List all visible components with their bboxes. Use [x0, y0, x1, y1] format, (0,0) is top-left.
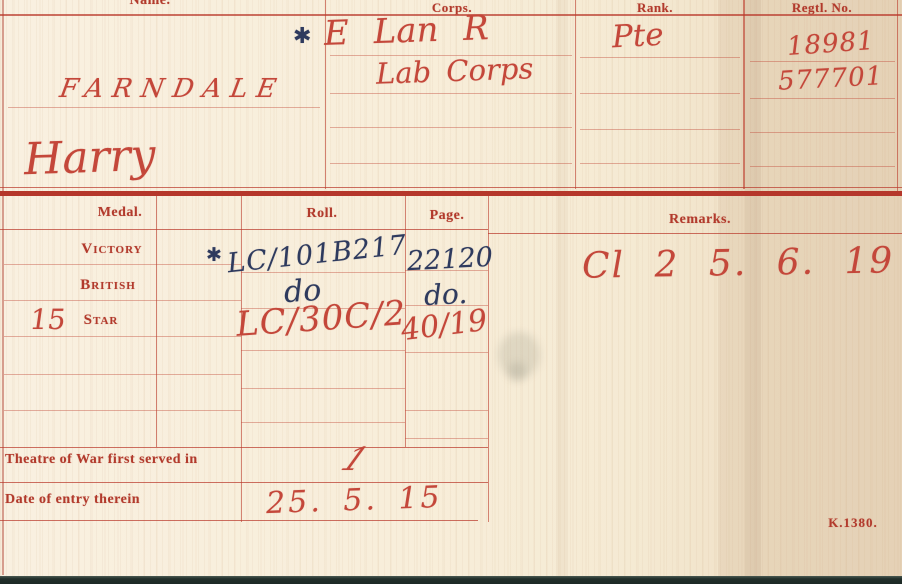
column-divider [743, 0, 745, 189]
paper-stain [508, 362, 526, 382]
rule-line [750, 98, 895, 99]
rule-line [750, 166, 895, 167]
victory-roll-mark: ✱ [206, 246, 222, 265]
name-column-header: Name. [90, 0, 210, 9]
rule-line [4, 374, 241, 375]
column-divider [575, 0, 576, 189]
date-of-entry-label: Date of entry therein [5, 492, 225, 508]
star-page-value: 40/19 [399, 306, 488, 346]
forename-value: Harry [23, 134, 156, 183]
section-divider-thick [0, 191, 902, 196]
rule-line [405, 410, 488, 411]
page-column-header: Page. [407, 208, 487, 224]
form-reference: K.1380. [818, 515, 888, 531]
rule-line [4, 336, 241, 337]
surname-value: FARNDALE [58, 76, 287, 102]
rule-line [330, 127, 572, 128]
rule-line [330, 93, 572, 94]
rule-line [241, 388, 405, 389]
paper-stain [498, 332, 540, 378]
rule-line [405, 352, 488, 353]
rule-line [0, 447, 488, 448]
rule-line [0, 229, 488, 230]
corps-value-line2: Lab Corps [376, 54, 534, 88]
remarks-column-header: Remarks. [600, 212, 800, 228]
date-of-entry-value: 25. 5. 15 [266, 483, 444, 519]
star-roll-value: LC/30C/2 [235, 296, 407, 342]
paper-texture [745, 0, 761, 584]
rule-line [405, 438, 488, 439]
roll-column-header: Roll. [262, 206, 382, 222]
paper-texture [556, 0, 568, 584]
victory-roll-value: LC/101B217 [226, 232, 408, 278]
rule-line [8, 107, 320, 108]
card-left-edge [2, 0, 4, 575]
rule-line [330, 163, 572, 164]
medal-column-header: Medal. [60, 205, 180, 221]
rule-line [241, 350, 405, 351]
remarks-value: Cl 2 5. 6. 19 [582, 243, 895, 284]
section-divider-thin [0, 187, 902, 188]
rule-line [0, 520, 478, 521]
scan-bottom-edge [0, 576, 902, 584]
medal-row-victory-label: Victory [52, 241, 172, 258]
column-divider [241, 196, 242, 522]
rule-line [4, 410, 241, 411]
regtl-no-value-line1: 18981 [786, 28, 875, 60]
rule-line [750, 132, 895, 133]
star-prefix-value: 15 [28, 306, 68, 334]
rule-line [580, 93, 740, 94]
medal-index-card: Name. Corps. Rank. Regtl. No. FARNDALE H… [0, 0, 902, 584]
rank-value: Pte [611, 20, 664, 54]
rule-line [580, 129, 740, 130]
medal-row-star-label: Star [71, 312, 131, 329]
rule-line [580, 57, 740, 58]
rule-line [4, 300, 241, 301]
theatre-of-war-label: Theatre of War first served in [5, 452, 245, 468]
medal-row-british-label: British [48, 277, 168, 294]
corps-annotation-mark: ✱ [293, 26, 311, 48]
rule-line [488, 233, 902, 234]
rule-line [241, 422, 405, 423]
corps-value-line1: E Lan R [323, 11, 489, 51]
rule-line [580, 163, 740, 164]
regtl-no-value-line2: 577701 [777, 63, 883, 94]
card-right-edge [897, 0, 898, 195]
victory-page-value: 22120 [406, 244, 493, 275]
